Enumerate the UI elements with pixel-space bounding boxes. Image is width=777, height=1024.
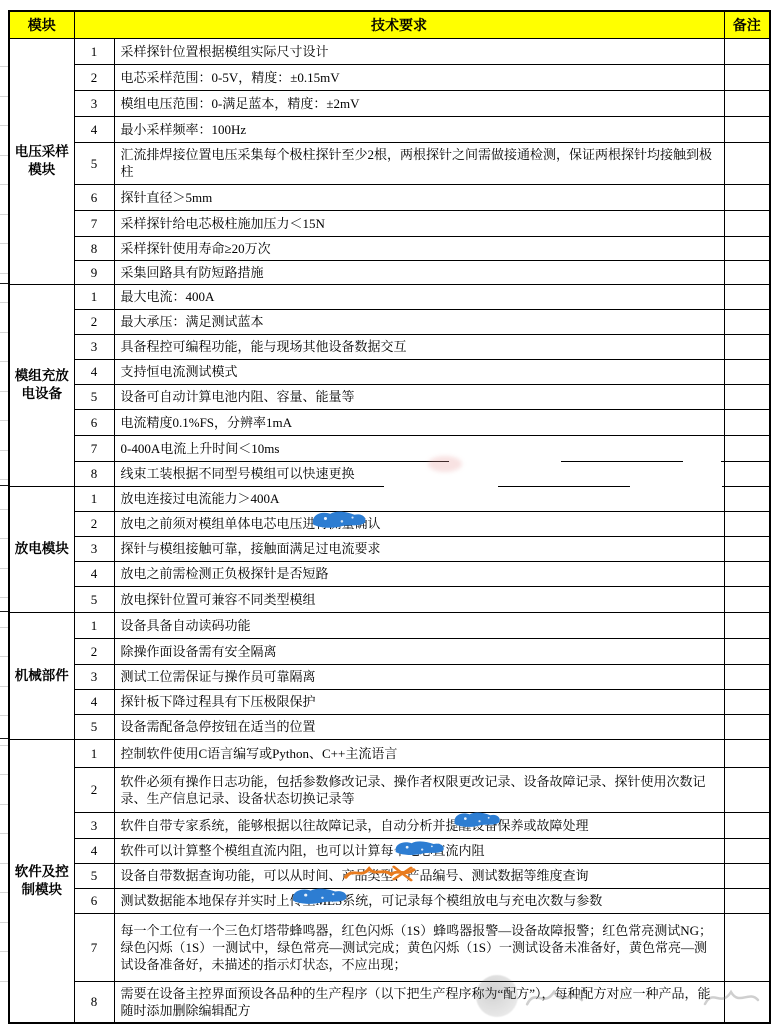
remark-cell [724,142,770,184]
margin-gridline [0,391,8,392]
requirement-cell: 设备自带数据查询功能，可以从时间、产品类型、产品编号、测试数据等维度查询 [114,863,724,888]
margin-gridline [0,568,8,569]
table-row: 软件及控制模块1控制软件使用C语言编写或Python、C++主流语言 [9,739,770,767]
remark-cell [724,90,770,116]
row-number-cell: 8 [74,461,114,486]
margin-gridline [0,715,8,716]
requirement-cell: 采样探针给电芯极柱施加压力＜15N [114,210,724,236]
row-number-cell: 5 [74,863,114,888]
row-number-cell: 5 [74,384,114,409]
table-body: 电压采样模块1采样探针位置根据模组实际尺寸设计2电芯采样范围：0-5V，精度：±… [9,38,770,1023]
margin-gridline [0,981,8,982]
row-number-cell: 6 [74,184,114,210]
table-row: 模组充放电设备1最大电流：400A [9,284,770,309]
requirement-cell: 测试数据能本地保存并实时上传至MES系统，可记录每个模组放电与充电次数与参数 [114,888,724,913]
table-row: 5放电探针位置可兼容不同类型模组 [9,586,770,612]
margin-gridline [0,243,8,244]
margin-gridline [0,538,8,539]
remark-cell [724,767,770,812]
requirement-cell: 探针直径＞5mm [114,184,724,210]
margin-gridline [0,951,8,952]
table-row: 2除操作面设备需有安全隔离 [9,638,770,664]
section-border-tick [0,738,8,739]
margin-gridline [0,804,8,805]
margin-gridline [0,922,8,923]
remark-cell [724,981,770,1023]
row-number-cell: 1 [74,612,114,638]
row-number-cell: 4 [74,561,114,586]
margin-gridline [0,332,8,333]
remark-cell [724,913,770,981]
requirement-cell: 设备具备自动读码功能 [114,612,724,638]
margin-gridline [0,66,8,67]
header-requirement-label: 技术要求 [74,11,724,38]
remark-cell [724,689,770,714]
margin-gridline [0,656,8,657]
row-number-cell: 4 [74,359,114,384]
section-border-tick [0,611,8,612]
requirement-cell: 采集回路具有防短路措施 [114,260,724,284]
row-number-cell: 2 [74,64,114,90]
margin-gridline [0,155,8,156]
row-number-cell: 9 [74,260,114,284]
row-number-cell: 6 [74,409,114,435]
row-number-cell: 5 [74,142,114,184]
table-row: 5设备需配备急停按钮在适当的位置 [9,714,770,739]
requirement-cell: 控制软件使用C语言编写或Python、C++主流语言 [114,739,724,767]
margin-gridline [0,745,8,746]
remark-cell [724,435,770,461]
table-row: 放电模块1放电连接过电流能力＞400A [9,486,770,511]
margin-gridline [0,125,8,126]
row-number-cell: 2 [74,767,114,812]
requirement-cell: 支持恒电流测试模式 [114,359,724,384]
remark-cell [724,714,770,739]
row-number-cell: 8 [74,236,114,260]
table-row: 4最小采样频率：100Hz [9,116,770,142]
requirement-cell: 线束工装根据不同型号模组可以快速更换 [114,461,724,486]
requirement-cell: 需要在设备主控界面预设各品种的生产程序（以下把生产程序称为“配方”），每种配方对… [114,981,724,1023]
requirement-cell: 每一个工位有一个三色灯塔带蜂鸣器，红色闪烁（1S）蜂鸣器报警—设备故障报警；红色… [114,913,724,981]
row-number-cell: 3 [74,664,114,689]
table-row: 7每一个工位有一个三色灯塔带蜂鸣器，红色闪烁（1S）蜂鸣器报警—设备故障报警；红… [9,913,770,981]
requirement-cell: 采样探针使用寿命≥20万次 [114,236,724,260]
requirement-cell: 放电之前须对模组单体电芯电压进行测量确认 [114,511,724,536]
requirement-cell: 软件自带专家系统，能够根据以往故障记录，自动分析并提醒设备保养或故障处理 [114,812,724,838]
remark-cell [724,638,770,664]
margin-gridline [0,184,8,185]
header-module-label: 模块 [9,11,74,38]
requirement-cell: 除操作面设备需有安全隔离 [114,638,724,664]
row-number-cell: 4 [74,116,114,142]
row-number-cell: 4 [74,838,114,863]
requirement-cell: 软件必须有操作日志功能，包括参数修改记录、操作者权限更改记录、设备故障记录、探针… [114,767,724,812]
margin-gridline [0,686,8,687]
table-row: 8采样探针使用寿命≥20万次 [9,236,770,260]
row-number-cell: 7 [74,913,114,981]
remark-cell [724,664,770,689]
table-row: 2最大承压：满足测试蓝本 [9,309,770,334]
row-number-cell: 7 [74,210,114,236]
table-row: 3模组电压范围：0-满足蓝本，精度：±2mV [9,90,770,116]
requirement-cell: 汇流排焊接位置电压采集每个极柱探针至少2根，两根探针之间需做接通检测，保证两根探… [114,142,724,184]
remark-cell [724,511,770,536]
row-number-cell: 7 [74,435,114,461]
remark-cell [724,334,770,359]
requirement-cell: 0-400A电流上升时间＜10ms [114,435,724,461]
margin-gridline [0,833,8,834]
remark-cell [724,409,770,435]
margin-gridline [0,420,8,421]
remark-cell [724,116,770,142]
requirement-cell: 测试工位需保证与操作员可靠隔离 [114,664,724,689]
row-number-cell: 1 [74,38,114,64]
margin-gridline [0,273,8,274]
remark-cell [724,586,770,612]
table-row: 电压采样模块1采样探针位置根据模组实际尺寸设计 [9,38,770,64]
requirement-cell: 电流精度0.1%FS，分辨率1mA [114,409,724,435]
module-cell: 软件及控制模块 [9,739,74,1023]
remark-cell [724,461,770,486]
table-row: 4放电之前需检测正负极探针是否短路 [9,561,770,586]
remark-cell [724,838,770,863]
module-cell: 放电模块 [9,486,74,612]
margin-gridline [0,892,8,893]
remark-cell [724,561,770,586]
remark-cell [724,260,770,284]
table-row: 6电流精度0.1%FS，分辨率1mA [9,409,770,435]
remark-cell [724,359,770,384]
remark-cell [724,536,770,561]
remark-cell [724,309,770,334]
requirement-cell: 放电之前需检测正负极探针是否短路 [114,561,724,586]
requirement-cell: 设备可自动计算电池内阻、容量、能量等 [114,384,724,409]
table-row: 6测试数据能本地保存并实时上传至MES系统，可记录每个模组放电与充电次数与参数 [9,888,770,913]
row-number-cell: 4 [74,689,114,714]
table-row: 8线束工装根据不同型号模组可以快速更换 [9,461,770,486]
remark-cell [724,612,770,638]
remark-cell [724,486,770,511]
remark-cell [724,863,770,888]
requirement-cell: 软件可以计算整个模组直流内阻，也可以计算每个电芯直流内阻 [114,838,724,863]
requirement-cell: 放电探针位置可兼容不同类型模组 [114,586,724,612]
section-border-tick [0,485,8,486]
row-number-cell: 1 [74,284,114,309]
row-number-cell: 2 [74,309,114,334]
margin-gridline [0,214,8,215]
requirement-cell: 最小采样频率：100Hz [114,116,724,142]
margin-gridline [0,863,8,864]
row-number-cell: 5 [74,586,114,612]
remark-cell [724,739,770,767]
row-number-cell: 3 [74,812,114,838]
table-row: 3具备程控可编程功能，能与现场其他设备数据交互 [9,334,770,359]
table-row: 3探针与模组接触可靠，接触面满足过电流要求 [9,536,770,561]
section-border-tick [0,283,8,284]
remark-cell [724,64,770,90]
requirement-cell: 探针板下降过程具有下压极限保护 [114,689,724,714]
row-number-cell: 3 [74,536,114,561]
table-row: 4软件可以计算整个模组直流内阻，也可以计算每个电芯直流内阻 [9,838,770,863]
table-row: 5汇流排焊接位置电压采集每个极柱探针至少2根，两根探针之间需做接通检测，保证两根… [9,142,770,184]
row-number-cell: 6 [74,888,114,913]
table-row: 机械部件1设备具备自动读码功能 [9,612,770,638]
module-cell: 电压采样模块 [9,38,74,284]
row-number-cell: 5 [74,714,114,739]
table-row: 9采集回路具有防短路措施 [9,260,770,284]
table-row: 5设备自带数据查询功能，可以从时间、产品类型、产品编号、测试数据等维度查询 [9,863,770,888]
margin-gridline [0,627,8,628]
margin-gridline [0,96,8,97]
requirements-document-page: 模块 技术要求 备注 电压采样模块1采样探针位置根据模组实际尺寸设计2电芯采样范… [0,0,777,1024]
requirement-cell: 采样探针位置根据模组实际尺寸设计 [114,38,724,64]
table-row: 4探针板下降过程具有下压极限保护 [9,689,770,714]
row-number-cell: 2 [74,638,114,664]
table-row: 8需要在设备主控界面预设各品种的生产程序（以下把生产程序称为“配方”），每种配方… [9,981,770,1023]
requirements-table: 模块 技术要求 备注 电压采样模块1采样探针位置根据模组实际尺寸设计2电芯采样范… [8,10,771,1024]
table-row: 5设备可自动计算电池内阻、容量、能量等 [9,384,770,409]
table-row: 2软件必须有操作日志功能，包括参数修改记录、操作者权限更改记录、设备故障记录、探… [9,767,770,812]
row-number-cell: 3 [74,334,114,359]
margin-gridline [0,361,8,362]
requirement-cell: 最大电流：400A [114,284,724,309]
remark-cell [724,38,770,64]
header-remark-label: 备注 [724,11,770,38]
remark-cell [724,384,770,409]
module-cell: 机械部件 [9,612,74,739]
margin-gridline [0,509,8,510]
requirement-cell: 探针与模组接触可靠，接触面满足过电流要求 [114,536,724,561]
margin-gridline [0,774,8,775]
margin-gridline [0,479,8,480]
module-cell: 模组充放电设备 [9,284,74,486]
table-header-row: 模块 技术要求 备注 [9,11,770,38]
row-number-cell: 1 [74,486,114,511]
table-row: 7采样探针给电芯极柱施加压力＜15N [9,210,770,236]
row-number-cell: 8 [74,981,114,1023]
requirement-cell: 具备程控可编程功能，能与现场其他设备数据交互 [114,334,724,359]
row-number-cell: 1 [74,739,114,767]
remark-cell [724,236,770,260]
remark-cell [724,210,770,236]
row-number-cell: 2 [74,511,114,536]
table-row: 3测试工位需保证与操作员可靠隔离 [9,664,770,689]
margin-gridline [0,450,8,451]
remark-cell [724,184,770,210]
requirement-cell: 最大承压：满足测试蓝本 [114,309,724,334]
table-row: 3软件自带专家系统，能够根据以往故障记录，自动分析并提醒设备保养或故障处理 [9,812,770,838]
table-row: 4支持恒电流测试模式 [9,359,770,384]
table-row: 2放电之前须对模组单体电芯电压进行测量确认 [9,511,770,536]
requirement-cell: 电芯采样范围：0-5V，精度：±0.15mV [114,64,724,90]
requirement-cell: 模组电压范围：0-满足蓝本，精度：±2mV [114,90,724,116]
row-number-cell: 3 [74,90,114,116]
requirement-cell: 放电连接过电流能力＞400A [114,486,724,511]
remark-cell [724,888,770,913]
margin-gridline [0,302,8,303]
table-row: 70-400A电流上升时间＜10ms [9,435,770,461]
remark-cell [724,284,770,309]
table-row: 6探针直径＞5mm [9,184,770,210]
table-row: 2电芯采样范围：0-5V，精度：±0.15mV [9,64,770,90]
requirement-cell: 设备需配备急停按钮在适当的位置 [114,714,724,739]
remark-cell [724,812,770,838]
margin-gridline [0,597,8,598]
